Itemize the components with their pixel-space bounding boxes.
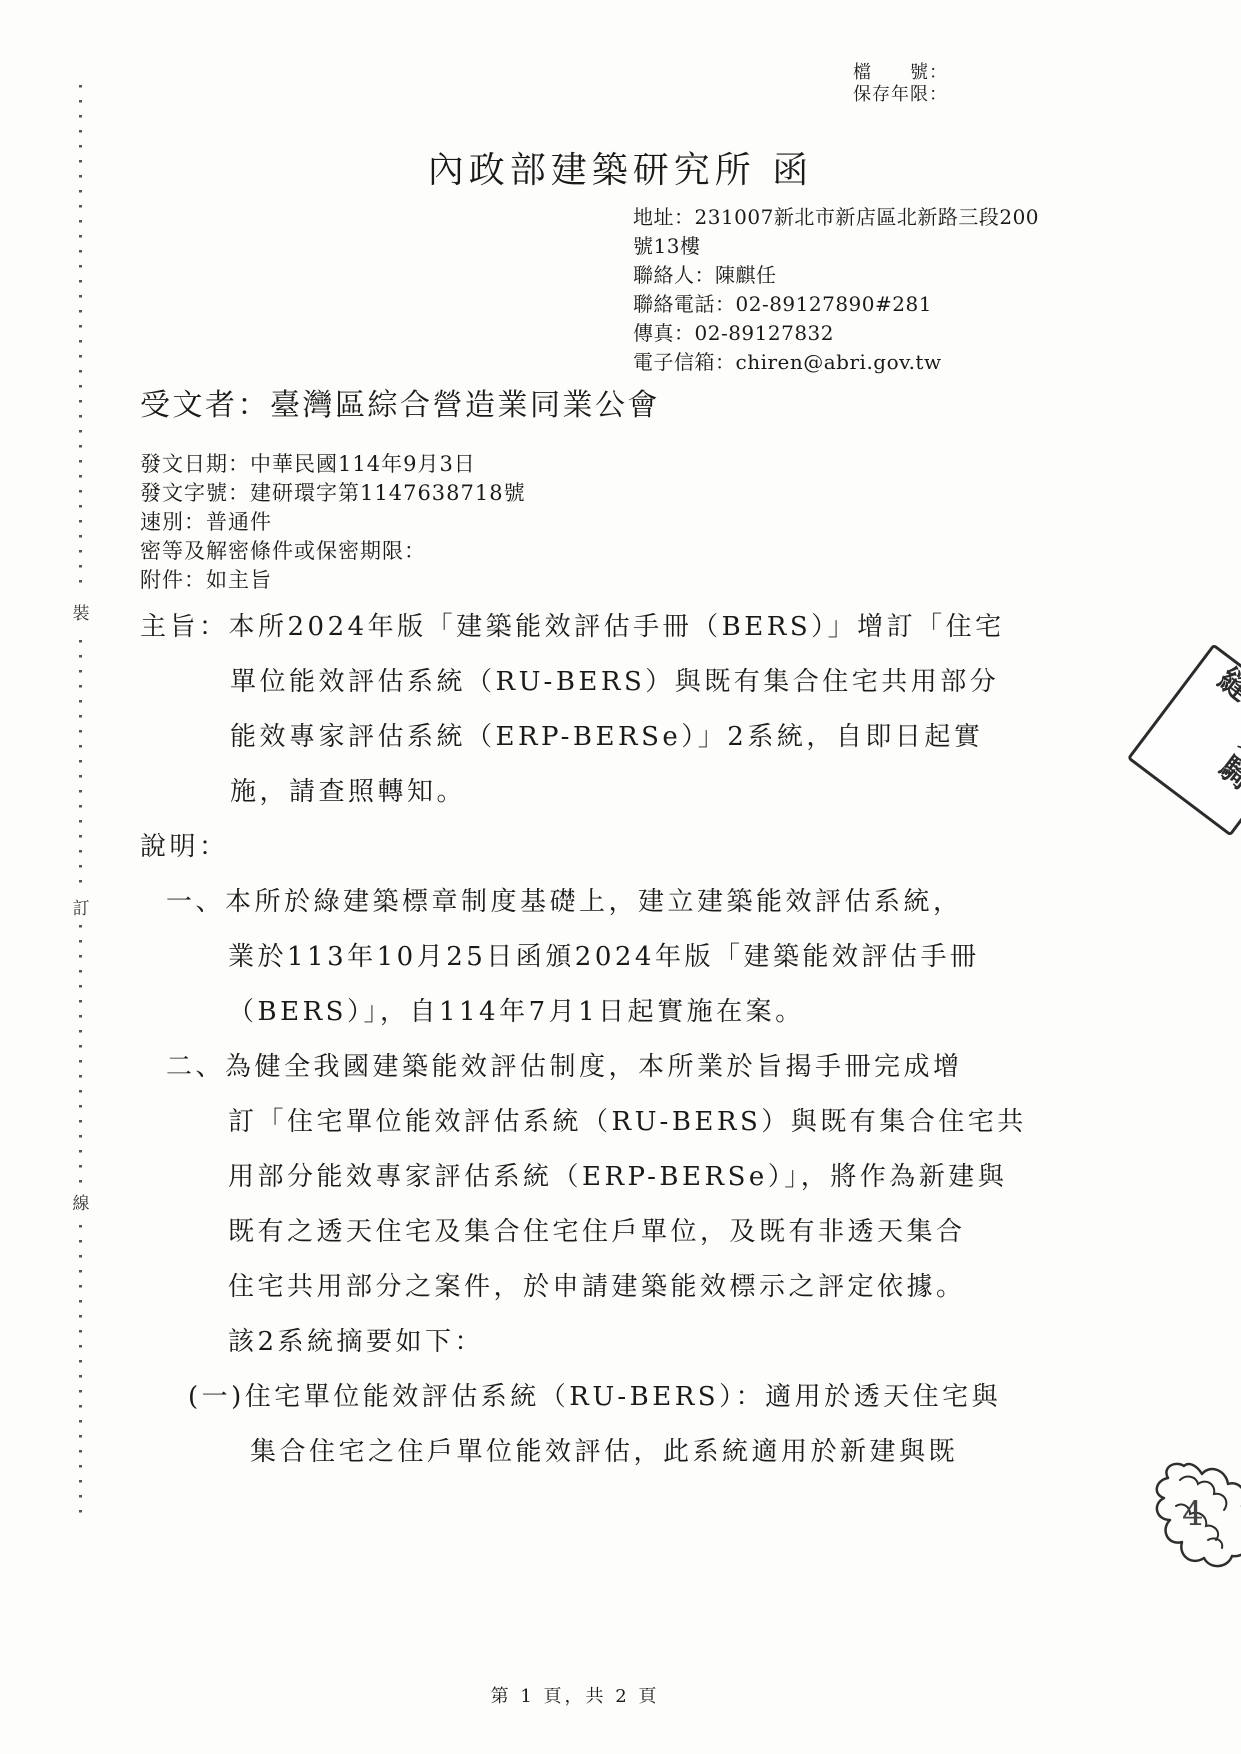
security-class-line: 密等及解密條件或保密期限： [140, 537, 526, 566]
item2-line-6: 該2系統摘要如下： [228, 1315, 1027, 1370]
agency-phone: 聯絡電話：02-89127890#281 [633, 290, 1039, 319]
margin-mark-zhuang: 裝 [68, 594, 94, 629]
electronic-exchange-stamp: 電文騎縫 [1127, 643, 1241, 836]
agency-email: 電子信箱：chiren@abri.gov.tw [633, 348, 1039, 377]
item2-line-5: 住宅共用部分之案件，於申請建築能效標示之評定依據。 [228, 1260, 1027, 1315]
agency-address-line: 地址：231007新北市新店區北新路三段200 [633, 203, 1039, 232]
letter-body: 主旨：本所2024年版「建築能效評估手冊（BERS）」增訂「住宅 單位能效評估系… [140, 600, 1027, 1480]
item1-line-2: 業於113年10月25日函頒2024年版「建築能效評估手冊 [228, 930, 1027, 985]
crumpled-seal-stamp: 4 [1150, 1462, 1241, 1597]
agency-fax: 傳真：02-89127832 [633, 319, 1039, 348]
doc-number-line: 發文字號：建研環字第1147638718號 [140, 479, 526, 508]
item2-line-4: 既有之透天住宅及集合住宅住戶單位，及既有非透天集合 [228, 1205, 1027, 1260]
item2-line-3: 用部分能效專家評估系統（ERP-BERSe）」，將作為新建與 [228, 1150, 1027, 1205]
item2-line-2: 訂「住宅單位能效評估系統（RU-BERS）與既有集合住宅共 [228, 1095, 1027, 1150]
file-number-label: 檔 號： [853, 62, 948, 84]
attachment-line: 附件：如主旨 [140, 566, 526, 595]
binding-dotted-line [79, 85, 82, 1525]
document-title: 內政部建築研究所 函 [0, 142, 1241, 193]
stamp-page-number: 4 [1182, 1494, 1204, 1534]
recipient-line: 受文者：臺灣區綜合營造業同業公會 [140, 380, 660, 424]
subject-line-1: 主旨：本所2024年版「建築能效評估手冊（BERS）」增訂「住宅 [140, 600, 1027, 655]
margin-mark-ding: 訂 [68, 889, 94, 924]
page-footer: 第 1 頁，共 2 頁 [0, 1682, 1150, 1708]
document-meta-block: 發文日期：中華民國114年9月3日 發文字號：建研環字第1147638718號 … [140, 450, 526, 595]
item1-line-1: 一、本所於綠建築標章制度基礎上，建立建築能效評估系統， [166, 875, 1027, 930]
subject-line-3: 能效專家評估系統（ERP-BERSe）」2系統，自即日起實 [230, 710, 1027, 765]
subitem1-line-1: (一)住宅單位能效評估系統（RU-BERS）：適用於透天住宅與 [188, 1370, 1027, 1425]
subitem1-line-2: 集合住宅之住戶單位能效評估，此系統適用於新建與既 [250, 1425, 1027, 1480]
electronic-exchange-stamp-text: 電文騎縫 [1137, 652, 1241, 828]
file-number-block: 檔 號： 保存年限： [853, 62, 948, 106]
speed-class-line: 速別：普通件 [140, 508, 526, 537]
subject-line-4: 施，請查照轉知。 [230, 765, 1027, 820]
official-letter-page: 裝 訂 線 檔 號： 保存年限： 內政部建築研究所 函 地址：231007新北市… [0, 0, 1241, 1754]
subject-line-2: 單位能效評估系統（RU-BERS）與既有集合住宅共用部分 [230, 655, 1027, 710]
issue-date-line: 發文日期：中華民國114年9月3日 [140, 450, 526, 479]
margin-mark-xian: 線 [68, 1184, 94, 1219]
item1-line-3: （BERS）」，自114年7月1日起實施在案。 [228, 985, 1027, 1040]
agency-contact-block: 地址：231007新北市新店區北新路三段200 號13樓 聯絡人：陳麒任 聯絡電… [633, 203, 1039, 377]
explanation-heading: 說明： [140, 820, 1027, 875]
agency-contact-person: 聯絡人：陳麒任 [633, 261, 1039, 290]
agency-address-line2: 號13樓 [633, 232, 1039, 261]
item2-line-1: 二、為健全我國建築能效評估制度，本所業於旨揭手冊完成增 [166, 1040, 1027, 1095]
retention-period-label: 保存年限： [853, 84, 948, 106]
